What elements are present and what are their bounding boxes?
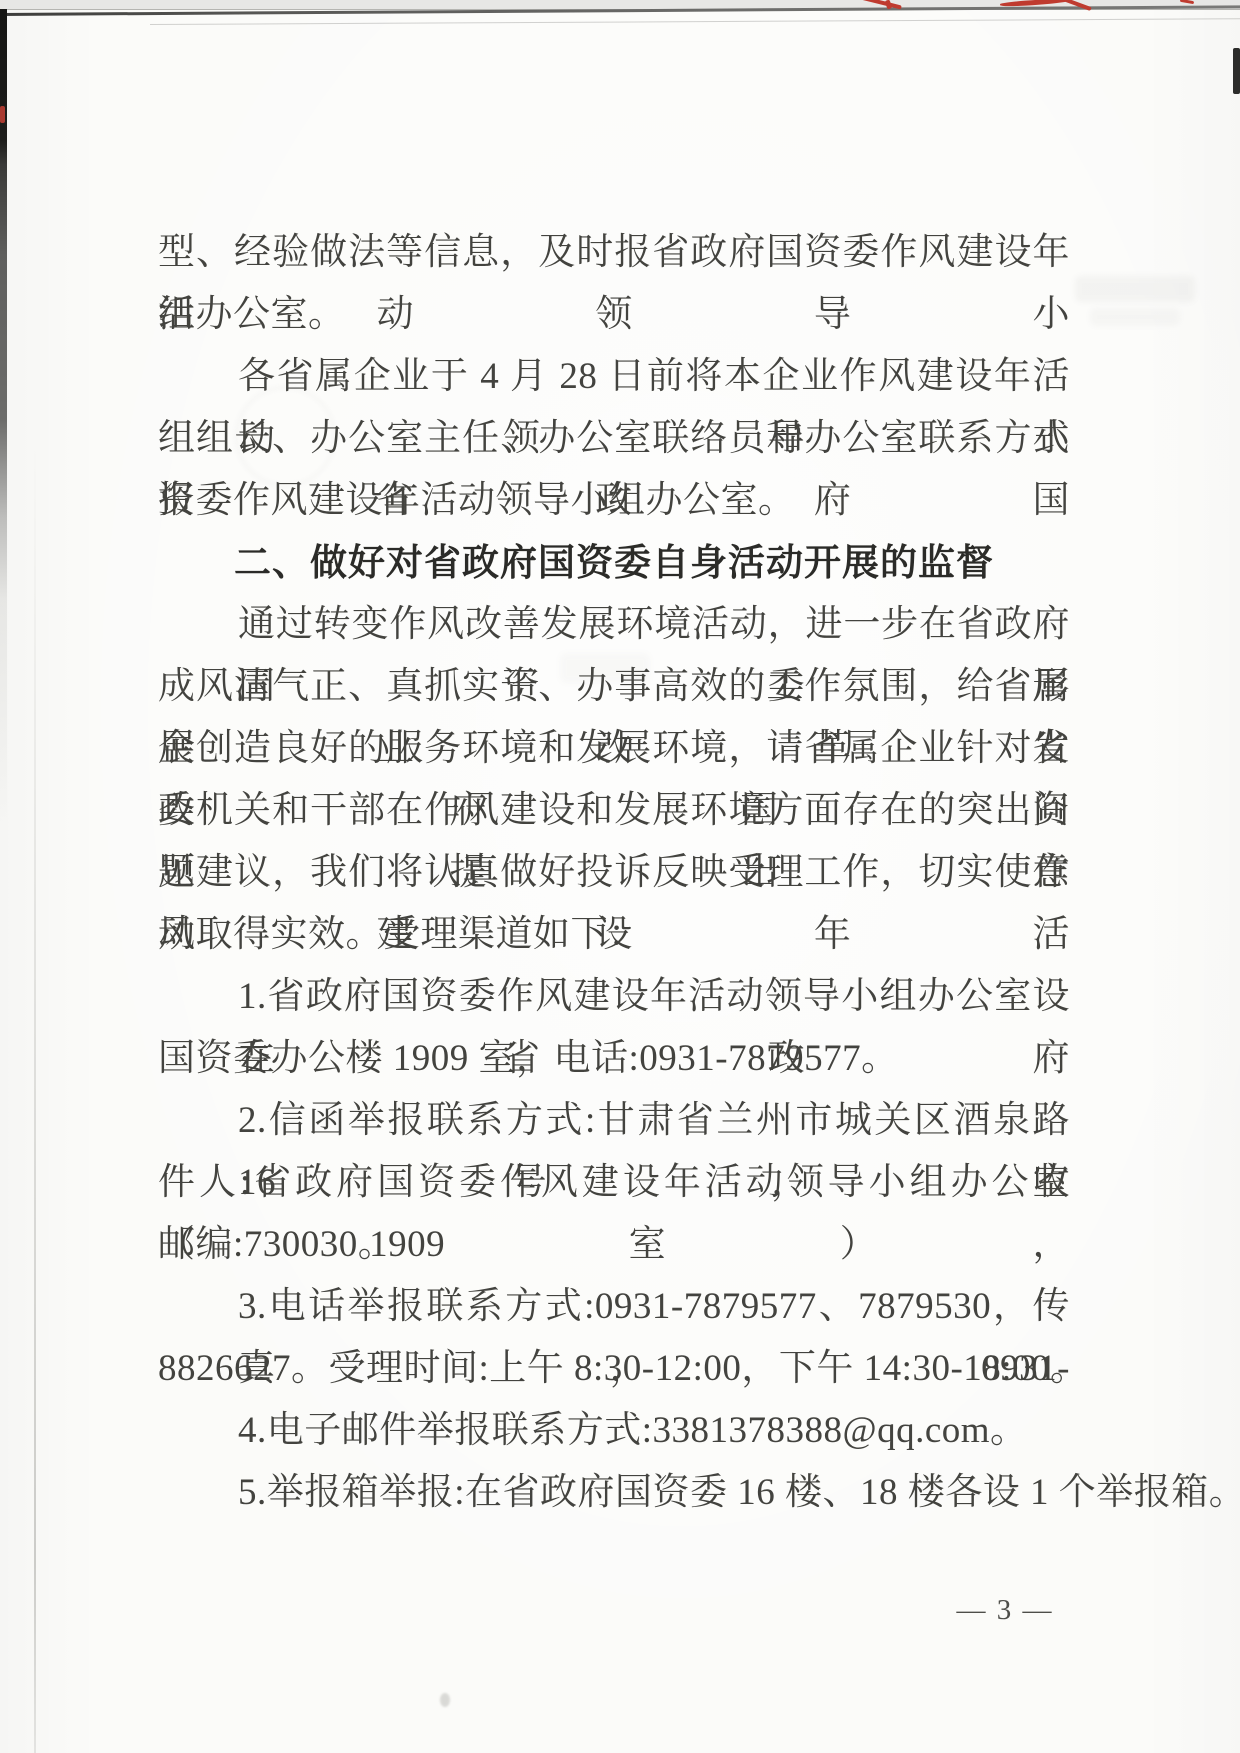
paper-crease — [34, 438, 36, 1753]
text-line: 3.电话举报联系方式:0931-7879577、7879530，传真，0931- — [158, 1276, 1070, 1338]
text-line: 5.举报箱举报:在省政府国资委 16 楼、18 楼各设 1 个举报箱。 — [158, 1462, 1070, 1524]
section-heading: 二、做好对省政府国资委自身活动开展的监督 — [158, 532, 1070, 594]
scan-bleed-smudge — [1090, 308, 1180, 326]
text-line: 型、经验做法等信息，及时报省政府国资委作风建设年活动领导小 — [158, 222, 1070, 284]
scan-bleed-smudge — [560, 653, 650, 683]
scan-right-mark — [1233, 48, 1240, 94]
text-line: 1.省政府国资委作风建设年活动领导小组办公室设在省政府 — [158, 966, 1070, 1028]
scan-bleed-smudge — [1075, 276, 1195, 302]
scan-speck — [440, 1693, 450, 1707]
scanned-page: 型、经验做法等信息，及时报省政府国资委作风建设年活动领导小 组办公室。 各省属企… — [0, 8, 1240, 1753]
text-line: 通过转变作风改善发展环境活动，进一步在省政府国资委形 — [158, 594, 1070, 656]
page-number: — 3 — — [938, 1594, 1072, 1627]
text-line: 委机关和干部在作风建设和发展环境方面存在的突出问题提出意 — [158, 780, 1070, 842]
text-line: 4.电子邮件举报联系方式:3381378388@qq.com。 — [158, 1400, 1070, 1462]
scan-stamp-bleed — [235, 386, 336, 487]
text-line: 8826627。受理时间:上午 8:30-12:00，下午 14:30-18:0… — [158, 1338, 1070, 1400]
text-line: 2.信函举报联系方式:甘肃省兰州市城关区酒泉路 16 号，收 — [158, 1090, 1070, 1152]
scan-left-edge — [0, 9, 7, 829]
text-line: 展创造良好的服务环境和发展环境，请省属企业针对省政府国资 — [158, 718, 1070, 780]
text-line: 件人:省政府国资委作风建设年活动领导小组办公室（1909 室）， — [158, 1152, 1070, 1214]
red-edge-mark — [0, 106, 5, 123]
text-line: 见建议，我们将认真做好投诉反映受理工作，切实使作风建设年活 — [158, 842, 1070, 904]
